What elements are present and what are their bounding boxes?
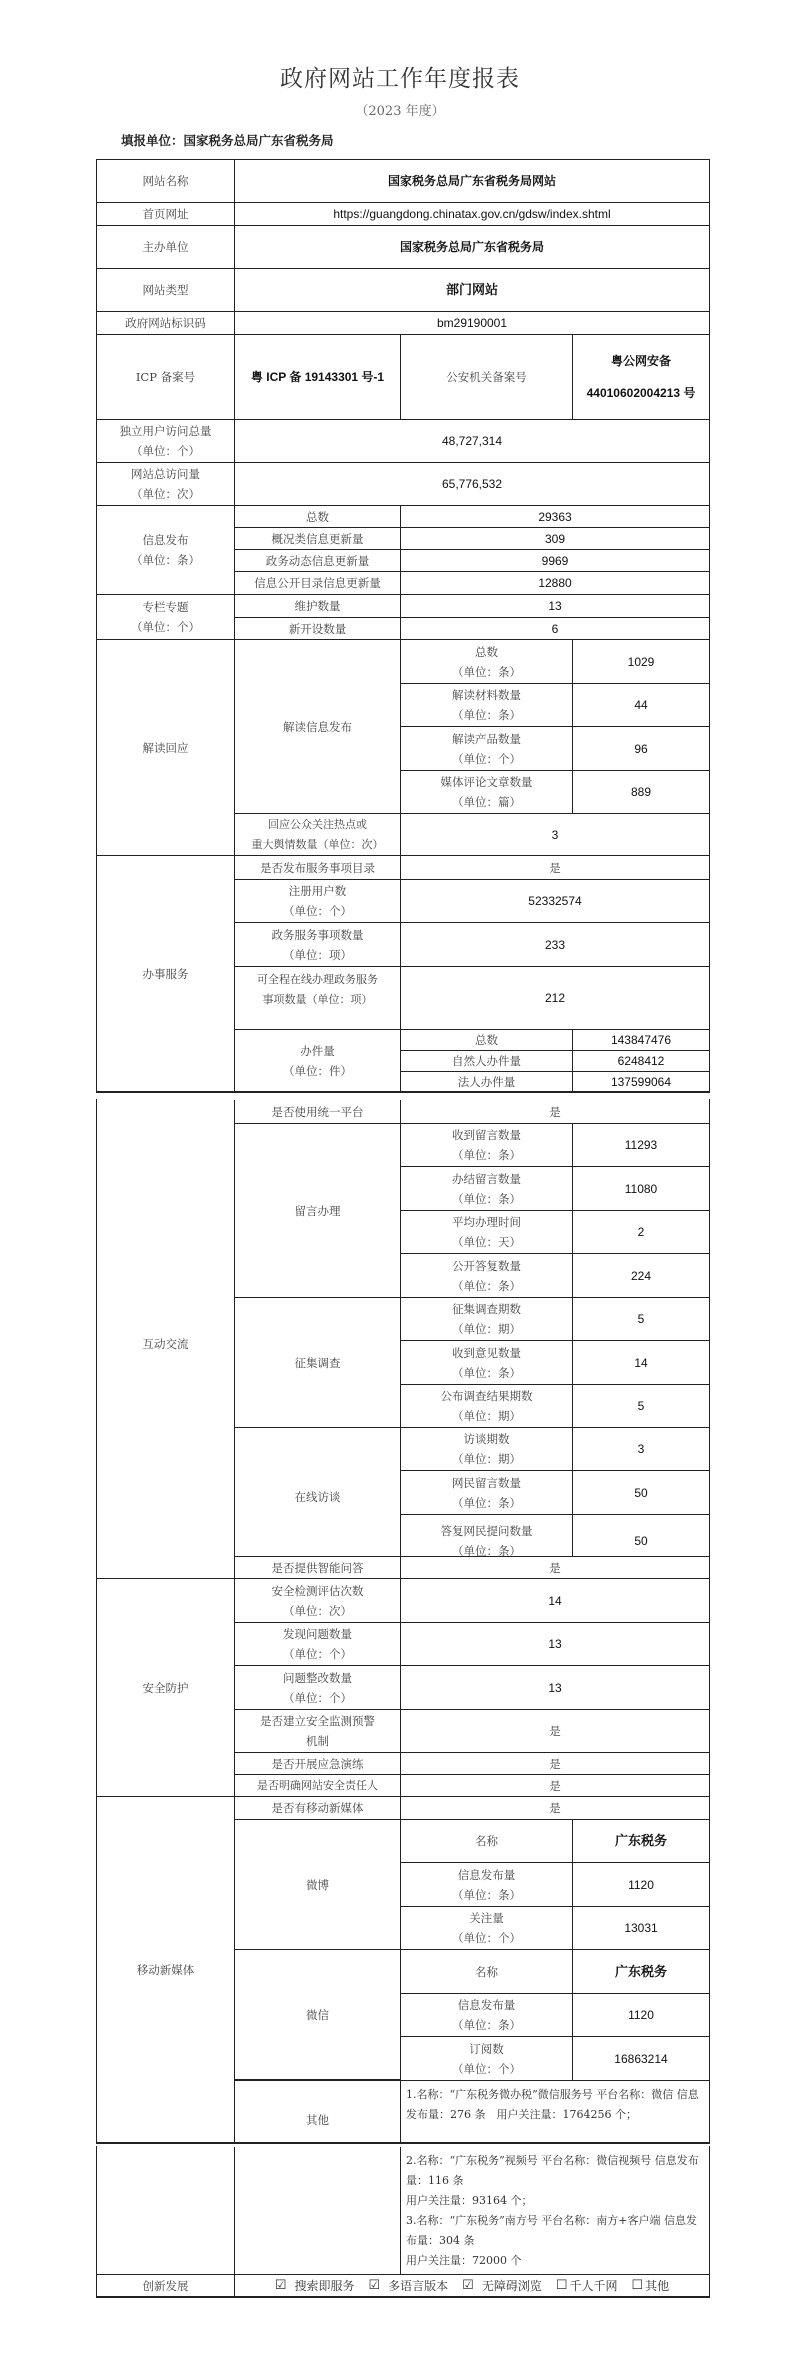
- wechat-row-value: 16863214: [572, 2036, 710, 2081]
- survey-row-value: 14: [572, 1340, 710, 1385]
- security-row-value: 是: [400, 1752, 710, 1775]
- innovation-option-multilang[interactable]: ☑多语言版本: [368, 2276, 448, 2296]
- total-visits-label: 网站总访问量 （单位：次）: [96, 462, 235, 506]
- cases-row-label: 自然人办件量: [400, 1050, 573, 1072]
- columns-row-value: 6: [400, 617, 710, 640]
- other-media-label: 其他: [234, 2080, 401, 2143]
- has-media-value: 是: [400, 1796, 710, 1820]
- interview-row-value: 3: [572, 1427, 710, 1471]
- messages-row-value: 11293: [572, 1123, 710, 1167]
- police-record-value: 粤公网安备 44010602004213 号: [572, 334, 710, 420]
- security-row-label: 是否明确网站安全责任人: [234, 1774, 401, 1797]
- interpret-row-label: 总数 （单位：条）: [400, 639, 573, 684]
- interpret-row-value: 889: [572, 770, 710, 814]
- response-value: 3: [400, 813, 710, 856]
- survey-row-label: 征集调查期数 （单位：期）: [400, 1297, 573, 1341]
- survey-row-label: 公布调查结果期数 （单位：期）: [400, 1384, 573, 1428]
- checkbox-checked-icon[interactable]: ☑: [462, 2276, 474, 2296]
- info-row-label: 信息公开目录信息更新量: [234, 571, 401, 595]
- innovation-option-search[interactable]: ☑搜索即服务: [275, 2276, 355, 2296]
- innovation-option-accessibility[interactable]: ☑无障碍浏览: [462, 2276, 542, 2296]
- security-row-value: 是: [400, 1709, 710, 1753]
- security-group: 安全防护: [96, 1578, 235, 1797]
- wechat-row-label: 名称: [400, 1949, 573, 1994]
- cases-row-label: 法人办件量: [400, 1071, 573, 1092]
- interpret-row-value: 44: [572, 683, 710, 727]
- survey-row-value: 5: [572, 1384, 710, 1428]
- sponsor-label: 主办单位: [96, 225, 235, 269]
- messages-row-value: 2: [572, 1210, 710, 1254]
- sponsor-value: 国家税务总局广东省税务局: [234, 225, 710, 269]
- weibo-row-label: 关注量 （单位：个）: [400, 1906, 573, 1950]
- site-name-label: 网站名称: [96, 159, 235, 203]
- response-label: 回应公众关注热点或 重大舆情数量（单位：次）: [234, 813, 401, 856]
- info-row-value: 309: [400, 527, 710, 550]
- interview-row-value: 50: [572, 1470, 710, 1515]
- info-row-label: 概况类信息更新量: [234, 527, 401, 550]
- security-row-label: 安全检测评估次数 （单位：次）: [234, 1578, 401, 1623]
- interpret-row-label: 解读材料数量 （单位：条）: [400, 683, 573, 727]
- report-title: 政府网站工作年度报表: [0, 60, 800, 93]
- cases-label: 办件量 （单位：件）: [234, 1029, 401, 1092]
- info-publish-group: 信息发布 （单位：条）: [96, 505, 235, 595]
- smart-qa-label: 是否提供智能问答: [234, 1556, 401, 1579]
- other-media-label-continued: [234, 2147, 401, 2275]
- icp-label: ICP 备案号: [96, 334, 235, 420]
- interpret-row-value: 1029: [572, 639, 710, 684]
- messages-row-label: 平均办理时间 （单位：天）: [400, 1210, 573, 1254]
- items-value: 233: [400, 922, 710, 967]
- unified-value: 是: [400, 1100, 710, 1124]
- icp-value: 粤 ICP 备 19143301 号-1: [234, 334, 401, 420]
- homepage-label: 首页网址: [96, 202, 235, 226]
- interpret-row-label: 解读产品数量 （单位：个）: [400, 726, 573, 771]
- other-media-2: 2.名称：“广东税务”视频号 平台名称：微信视频号 信息发布量：116 条 用户…: [400, 2147, 710, 2275]
- unified-label: 是否使用统一平台: [234, 1100, 401, 1124]
- site-type-value: 部门网站: [234, 268, 710, 312]
- online-label: 可全程在线办理政务服务 事项数量（单位：项）: [234, 966, 401, 1030]
- messages-row-value: 11080: [572, 1166, 710, 1211]
- security-row-value: 是: [400, 1774, 710, 1797]
- interpret-group: 解读回应: [96, 639, 235, 856]
- columns-row-value: 13: [400, 594, 710, 618]
- weibo-row-label: 名称: [400, 1819, 573, 1863]
- messages-row-value: 224: [572, 1253, 710, 1298]
- interview-row-label: 网民留言数量 （单位：条）: [400, 1470, 573, 1515]
- interview-row-label: 访谈期数 （单位：期）: [400, 1427, 573, 1471]
- interpret-sub-label: 解读信息发布: [234, 639, 401, 814]
- cases-row-value: 6248412: [572, 1050, 710, 1072]
- security-row-value: 13: [400, 1622, 710, 1666]
- columns-row-label: 维护数量: [234, 594, 401, 618]
- security-row-label: 问题整改数量 （单位：个）: [234, 1665, 401, 1710]
- checkbox-unchecked-icon[interactable]: ☐: [556, 2276, 568, 2296]
- catalog-label: 是否发布服务事项目录: [234, 855, 401, 880]
- cases-row-value: 137599064: [572, 1071, 710, 1092]
- smart-qa-value: 是: [400, 1556, 710, 1579]
- wechat-label: 微信: [234, 1949, 401, 2080]
- other-media-1: 1.名称：“广东税务微办税”微信服务号 平台名称：微信 信息发布量：276 条 …: [400, 2080, 710, 2143]
- info-row-value: 9969: [400, 549, 710, 572]
- security-row-value: 14: [400, 1578, 710, 1623]
- service-group: 办事服务: [96, 855, 235, 1092]
- wechat-row-label: 信息发布量 （单位：条）: [400, 1993, 573, 2037]
- security-row-value: 13: [400, 1665, 710, 1710]
- users-value: 52332574: [400, 879, 710, 923]
- media-group: 移动新媒体: [96, 1796, 235, 2143]
- wechat-row-value: 1120: [572, 1993, 710, 2037]
- catalog-value: 是: [400, 855, 710, 880]
- checkbox-unchecked-icon[interactable]: ☐: [632, 2276, 644, 2296]
- wechat-row-label: 订阅数 （单位：个）: [400, 2036, 573, 2081]
- wechat-row-value: 广东税务: [572, 1949, 710, 1994]
- total-visits-value: 65,776,532: [234, 462, 710, 506]
- survey-row-value: 5: [572, 1297, 710, 1341]
- security-row-label: 是否开展应急演练: [234, 1752, 401, 1775]
- interpret-row-label: 媒体评论文章数量 （单位：篇）: [400, 770, 573, 814]
- police-record-label: 公安机关备案号: [400, 334, 573, 420]
- site-name-value: 国家税务总局广东省税务局网站: [234, 159, 710, 203]
- interview-label: 在线访谈: [234, 1427, 401, 1567]
- info-row-label: 政务动态信息更新量: [234, 549, 401, 572]
- survey-label: 征集调查: [234, 1297, 401, 1428]
- info-row-value: 12880: [400, 571, 710, 595]
- interaction-group: 互动交流: [96, 1100, 235, 1589]
- site-type-label: 网站类型: [96, 268, 235, 312]
- cases-row-label: 总数: [400, 1029, 573, 1051]
- weibo-row-value: 广东税务: [572, 1819, 710, 1863]
- checkbox-checked-icon[interactable]: ☑: [368, 2276, 380, 2296]
- innovation-option-personalized[interactable]: ☐千人千网: [556, 2276, 618, 2296]
- site-id-value: bm29190001: [234, 311, 710, 335]
- columns-group: 专栏专题 （单位：个）: [96, 594, 235, 640]
- items-label: 政务服务事项数量 （单位：项）: [234, 922, 401, 967]
- messages-label: 留言办理: [234, 1123, 401, 1298]
- security-row-label: 是否建立安全监测预警 机制: [234, 1709, 401, 1753]
- messages-row-label: 公开答复数量 （单位：条）: [400, 1253, 573, 1298]
- innovation-label: 创新发展: [96, 2274, 235, 2297]
- cases-row-value: 143847476: [572, 1029, 710, 1051]
- survey-row-label: 收到意见数量 （单位：条）: [400, 1340, 573, 1385]
- site-id-label: 政府网站标识码: [96, 311, 235, 335]
- security-row-label: 发现问题数量 （单位：个）: [234, 1622, 401, 1666]
- users-label: 注册用户数 （单位：个）: [234, 879, 401, 923]
- has-media-label: 是否有移动新媒体: [234, 1796, 401, 1820]
- weibo-row-value: 1120: [572, 1862, 710, 1907]
- info-row-label: 总数: [234, 505, 401, 528]
- weibo-row-value: 13031: [572, 1906, 710, 1950]
- filing-unit: 填报单位：国家税务总局广东省税务局: [121, 131, 334, 149]
- weibo-row-label: 信息发布量 （单位：条）: [400, 1862, 573, 1907]
- checkbox-checked-icon[interactable]: ☑: [275, 2276, 287, 2296]
- media-group-continued: [96, 2147, 235, 2275]
- innovation-option-other[interactable]: ☐其他: [632, 2276, 670, 2296]
- online-value: 212: [400, 966, 710, 1030]
- homepage-url[interactable]: https://guangdong.chinatax.gov.cn/gdsw/i…: [234, 202, 710, 226]
- report-year: （2023 年度）: [0, 100, 800, 119]
- interpret-row-value: 96: [572, 726, 710, 771]
- unique-visitors-value: 48,727,314: [234, 419, 710, 463]
- unique-visitors-label: 独立用户访问总量 （单位：个）: [96, 419, 235, 463]
- info-row-value: 29363: [400, 505, 710, 528]
- innovation-options: ☑搜索即服务 ☑多语言版本 ☑无障碍浏览 ☐千人千网 ☐其他: [234, 2274, 710, 2297]
- columns-row-label: 新开设数量: [234, 617, 401, 640]
- messages-row-label: 办结留言数量 （单位：条）: [400, 1166, 573, 1211]
- messages-row-label: 收到留言数量 （单位：条）: [400, 1123, 573, 1167]
- weibo-label: 微博: [234, 1819, 401, 1950]
